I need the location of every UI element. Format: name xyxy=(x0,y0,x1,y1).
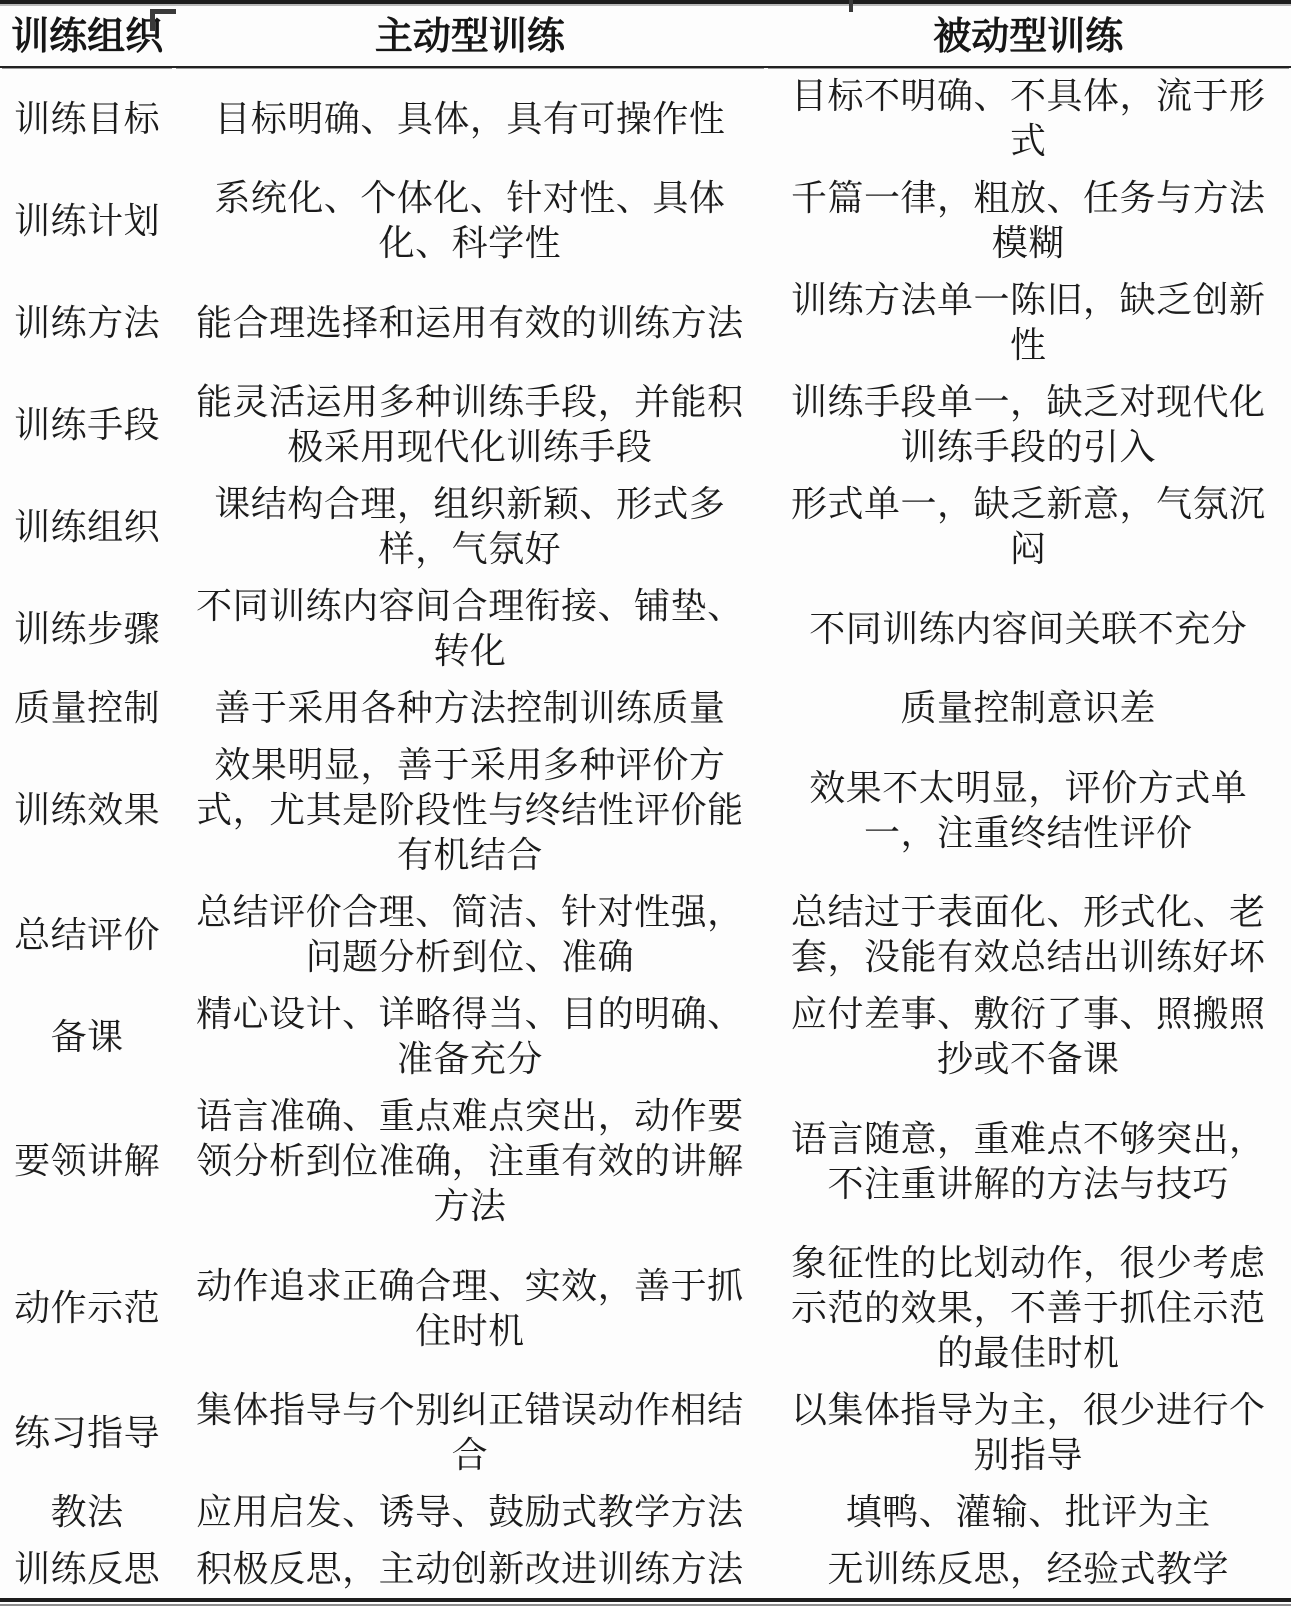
table-row: 教法应用启发、诱导、鼓励式教学方法填鸭、灌输、批评为主 xyxy=(0,1484,1291,1541)
passive-training-cell: 训练方法单一陈旧，缺乏创新性 xyxy=(766,272,1291,374)
scan-artifact xyxy=(849,0,853,12)
table-row: 要领讲解语言准确、重点难点突出，动作要领分析到位准确，注重有效的讲解方法语言随意… xyxy=(0,1088,1291,1235)
column-header-training-organization: 训练组织 xyxy=(0,6,174,67)
scan-artifact xyxy=(150,11,155,31)
active-training-cell: 总结评价合理、简洁、针对性强，问题分析到位、准确 xyxy=(174,884,765,986)
passive-training-cell: 形式单一，缺乏新意，气氛沉闷 xyxy=(766,476,1291,578)
aspect-cell: 质量控制 xyxy=(0,680,174,737)
passive-training-cell: 无训练反思，经验式教学 xyxy=(766,1541,1291,1598)
passive-training-cell: 目标不明确、不具体，流于形式 xyxy=(766,67,1291,170)
scanned-table-page: 训练组织 主动型训练 被动型训练 训练目标目标明确、具体，具有可操作性目标不明确… xyxy=(0,0,1291,1606)
aspect-cell: 备课 xyxy=(0,986,174,1088)
aspect-cell: 训练方法 xyxy=(0,272,174,374)
active-training-cell: 系统化、个体化、针对性、具体化、科学性 xyxy=(174,170,765,272)
aspect-cell: 总结评价 xyxy=(0,884,174,986)
active-training-cell: 动作追求正确合理、实效，善于抓住时机 xyxy=(174,1235,765,1382)
active-training-cell: 善于采用各种方法控制训练质量 xyxy=(174,680,765,737)
table-row: 备课精心设计、详略得当、目的明确、准备充分应付差事、敷衍了事、照搬照抄或不备课 xyxy=(0,986,1291,1088)
passive-training-cell: 填鸭、灌输、批评为主 xyxy=(766,1484,1291,1541)
passive-training-cell: 不同训练内容间关联不充分 xyxy=(766,578,1291,680)
scan-artifact xyxy=(150,9,176,14)
passive-training-cell: 语言随意，重难点不够突出，不注重讲解的方法与技巧 xyxy=(766,1088,1291,1235)
header-row: 训练组织 主动型训练 被动型训练 xyxy=(0,6,1291,67)
active-training-cell: 集体指导与个别纠正错误动作相结合 xyxy=(174,1382,765,1484)
passive-training-cell: 应付差事、敷衍了事、照搬照抄或不备课 xyxy=(766,986,1291,1088)
table-row: 训练方法能合理选择和运用有效的训练方法训练方法单一陈旧，缺乏创新性 xyxy=(0,272,1291,374)
aspect-cell: 训练效果 xyxy=(0,737,174,884)
table-row: 质量控制善于采用各种方法控制训练质量质量控制意识差 xyxy=(0,680,1291,737)
active-training-cell: 精心设计、详略得当、目的明确、准备充分 xyxy=(174,986,765,1088)
active-training-cell: 课结构合理，组织新颖、形式多样，气氛好 xyxy=(174,476,765,578)
table-row: 练习指导集体指导与个别纠正错误动作相结合以集体指导为主，很少进行个别指导 xyxy=(0,1382,1291,1484)
aspect-cell: 教法 xyxy=(0,1484,174,1541)
aspect-cell: 训练手段 xyxy=(0,374,174,476)
table-row: 训练组织课结构合理，组织新颖、形式多样，气氛好形式单一，缺乏新意，气氛沉闷 xyxy=(0,476,1291,578)
passive-training-cell: 象征性的比划动作，很少考虑示范的效果，不善于抓住示范的最佳时机 xyxy=(766,1235,1291,1382)
active-training-cell: 能灵活运用多种训练手段，并能积极采用现代化训练手段 xyxy=(174,374,765,476)
active-training-cell: 应用启发、诱导、鼓励式教学方法 xyxy=(174,1484,765,1541)
table-row: 动作示范动作追求正确合理、实效，善于抓住时机象征性的比划动作，很少考虑示范的效果… xyxy=(0,1235,1291,1382)
table-row: 训练手段能灵活运用多种训练手段，并能积极采用现代化训练手段训练手段单一，缺乏对现… xyxy=(0,374,1291,476)
table-row: 训练反思积极反思，主动创新改进训练方法无训练反思，经验式教学 xyxy=(0,1541,1291,1598)
passive-training-cell: 千篇一律，粗放、任务与方法模糊 xyxy=(766,170,1291,272)
active-training-cell: 不同训练内容间合理衔接、铺垫、转化 xyxy=(174,578,765,680)
table-row: 训练步骤不同训练内容间合理衔接、铺垫、转化不同训练内容间关联不充分 xyxy=(0,578,1291,680)
active-training-cell: 积极反思，主动创新改进训练方法 xyxy=(174,1541,765,1598)
table-row: 总结评价总结评价合理、简洁、针对性强，问题分析到位、准确总结过于表面化、形式化、… xyxy=(0,884,1291,986)
column-header-passive-training: 被动型训练 xyxy=(766,6,1291,67)
training-comparison-table: 训练组织 主动型训练 被动型训练 训练目标目标明确、具体，具有可操作性目标不明确… xyxy=(0,6,1291,1598)
aspect-cell: 训练反思 xyxy=(0,1541,174,1598)
active-training-cell: 语言准确、重点难点突出，动作要领分析到位准确，注重有效的讲解方法 xyxy=(174,1088,765,1235)
table-row: 训练目标目标明确、具体，具有可操作性目标不明确、不具体，流于形式 xyxy=(0,67,1291,170)
passive-training-cell: 质量控制意识差 xyxy=(766,680,1291,737)
aspect-cell: 练习指导 xyxy=(0,1382,174,1484)
passive-training-cell: 总结过于表面化、形式化、老套，没能有效总结出训练好坏 xyxy=(766,884,1291,986)
aspect-cell: 训练计划 xyxy=(0,170,174,272)
aspect-cell: 训练组织 xyxy=(0,476,174,578)
passive-training-cell: 训练手段单一，缺乏对现代化训练手段的引入 xyxy=(766,374,1291,476)
column-header-active-training: 主动型训练 xyxy=(174,6,765,67)
aspect-cell: 要领讲解 xyxy=(0,1088,174,1235)
passive-training-cell: 以集体指导为主，很少进行个别指导 xyxy=(766,1382,1291,1484)
table-row: 训练效果效果明显，善于采用多种评价方式，尤其是阶段性与终结性评价能有机结合效果不… xyxy=(0,737,1291,884)
aspect-cell: 训练步骤 xyxy=(0,578,174,680)
passive-training-cell: 效果不太明显，评价方式单一，注重终结性评价 xyxy=(766,737,1291,884)
table-row: 训练计划系统化、个体化、针对性、具体化、科学性千篇一律，粗放、任务与方法模糊 xyxy=(0,170,1291,272)
aspect-cell: 动作示范 xyxy=(0,1235,174,1382)
active-training-cell: 效果明显，善于采用多种评价方式，尤其是阶段性与终结性评价能有机结合 xyxy=(174,737,765,884)
active-training-cell: 目标明确、具体，具有可操作性 xyxy=(174,67,765,170)
aspect-cell: 训练目标 xyxy=(0,67,174,170)
active-training-cell: 能合理选择和运用有效的训练方法 xyxy=(174,272,765,374)
